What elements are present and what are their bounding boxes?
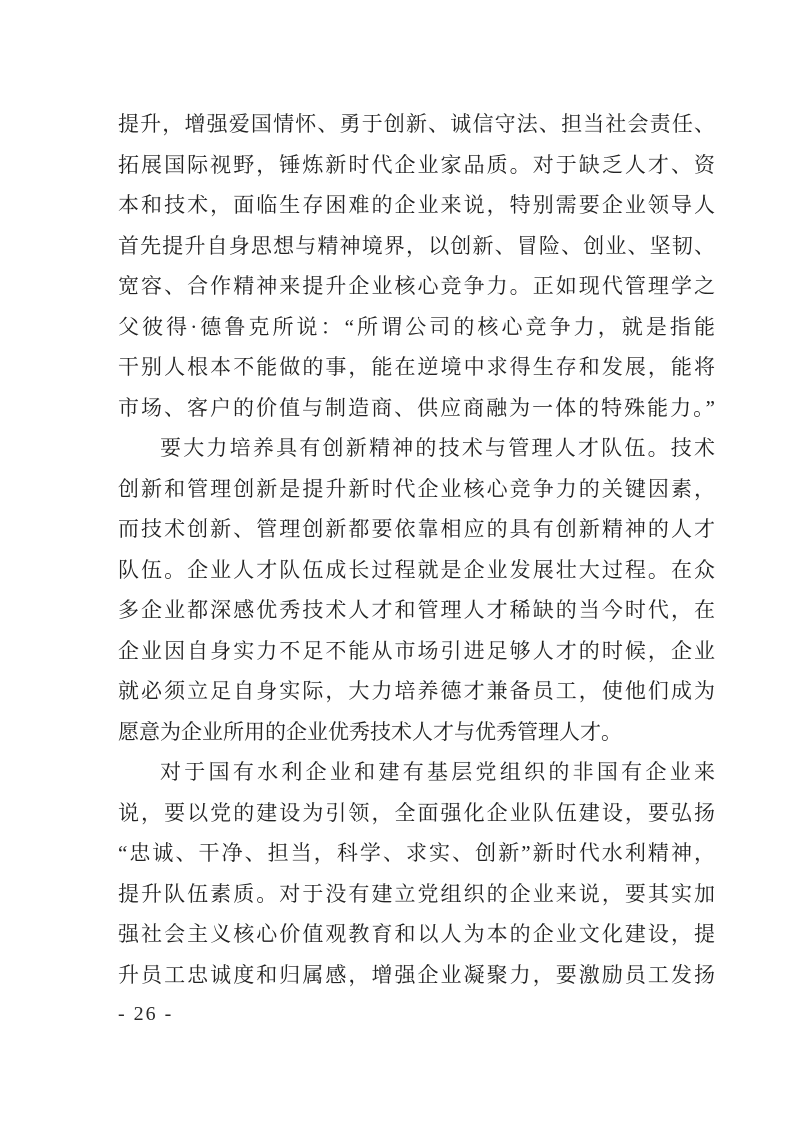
text-line: 队伍。企业人才队伍成长过程就是企业发展壮大过程。在众 [118,550,715,591]
text-line: 对于国有水利企业和建有基层党组织的非国有企业来 [118,752,715,793]
text-line: 创新和管理创新是提升新时代企业核心竞争力的关键因素， [118,469,715,510]
paragraph: 要大力培养具有创新精神的技术与管理人才队伍。技术 创新和管理创新是提升新时代企业… [118,428,715,752]
document-page: 提升，增强爱国情怀、勇于创新、诚信守法、担当社会责任、 拓展国际视野，锤炼新时代… [0,0,800,1131]
text-line: 提升，增强爱国情怀、勇于创新、诚信守法、担当社会责任、 [118,104,715,145]
text-line: 本和技术，面临生存困难的企业来说，特别需要企业领导人 [118,185,715,226]
text-line: 提升队伍素质。对于没有建立党组织的企业来说，要其实加 [118,874,715,915]
text-line: 拓展国际视野，锤炼新时代企业家品质。对于缺乏人才、资 [118,145,715,186]
text-line: 强社会主义核心价值观教育和以人为本的企业文化建设，提 [118,914,715,955]
text-line: “忠诚、干净、担当，科学、求实、创新”新时代水利精神， [118,833,715,874]
text-line: 首先提升自身思想与精神境界，以创新、冒险、创业、坚韧、 [118,226,715,267]
text-line: 愿意为企业所用的企业优秀技术人才与优秀管理人才。 [118,712,715,753]
paragraph: 提升，增强爱国情怀、勇于创新、诚信守法、担当社会责任、 拓展国际视野，锤炼新时代… [118,104,715,428]
text-line: 升员工忠诚度和归属感，增强企业凝聚力，要激励员工发扬 [118,955,715,996]
text-line: 市场、客户的价值与制造商、供应商融为一体的特殊能力。” [118,388,715,429]
text-line: 父彼得·德鲁克所说：“所谓公司的核心竞争力，就是指能 [118,307,715,348]
text-line: 多企业都深感优秀技术人才和管理人才稀缺的当今时代，在 [118,590,715,631]
paragraph: 对于国有水利企业和建有基层党组织的非国有企业来 说，要以党的建设为引领，全面强化… [118,752,715,995]
text-line: 说，要以党的建设为引领，全面强化企业队伍建设，要弘扬 [118,793,715,834]
text-line: 宽容、合作精神来提升企业核心竞争力。正如现代管理学之 [118,266,715,307]
text-line: 企业因自身实力不足不能从市场引进足够人才的时候，企业 [118,631,715,672]
text-line: 而技术创新、管理创新都要依靠相应的具有创新精神的人才 [118,509,715,550]
text-line: 干别人根本不能做的事，能在逆境中求得生存和发展，能将 [118,347,715,388]
text-line: 就必须立足自身实际，大力培养德才兼备员工，使他们成为 [118,671,715,712]
page-number: - 26 - [118,1002,173,1026]
text-block: 提升，增强爱国情怀、勇于创新、诚信守法、担当社会责任、 拓展国际视野，锤炼新时代… [118,104,715,995]
text-line: 要大力培养具有创新精神的技术与管理人才队伍。技术 [118,428,715,469]
